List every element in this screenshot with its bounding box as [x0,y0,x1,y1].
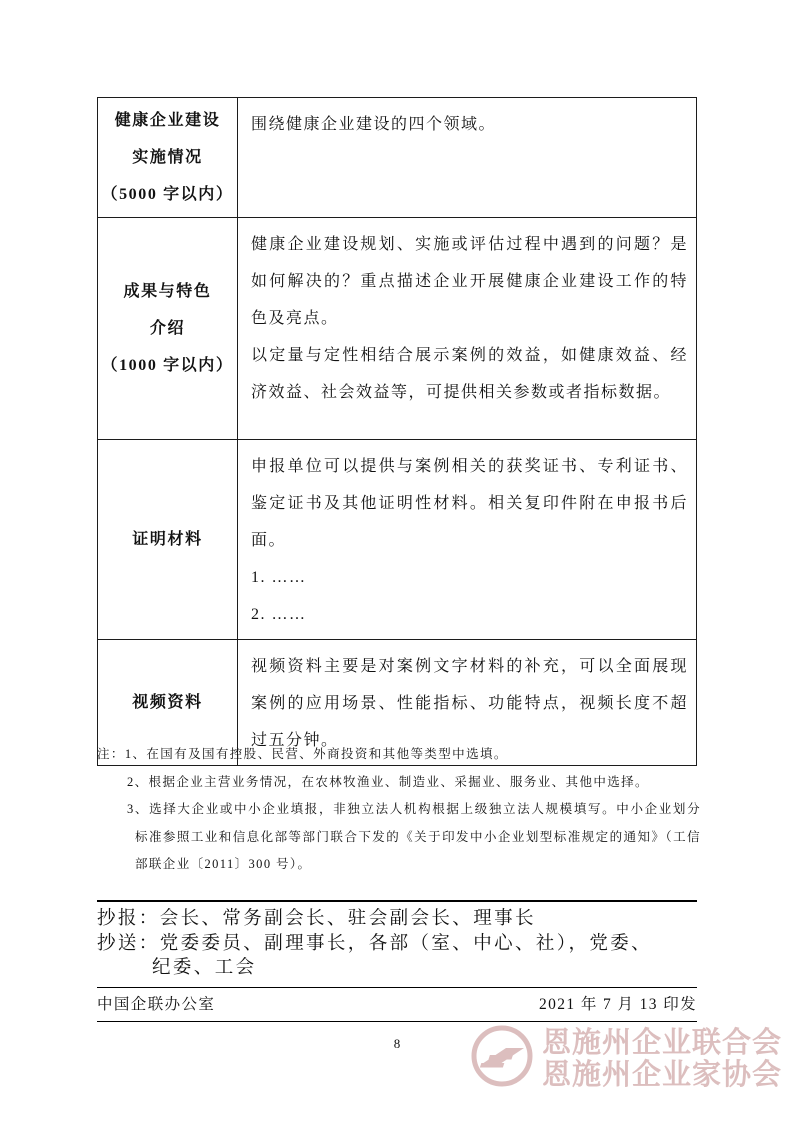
row-content-certificates: 申报单位可以提供与案例相关的获奖证书、专利证书、鉴定证书及其他证明性材料。相关复… [238,440,697,640]
note-prefix: 注： [97,741,125,769]
content-list-item: 1. …… [251,559,688,596]
note-item-3: 3、选择大企业或中小企业填报，非独立法人机构根据上级独立法人规模填写。中小企业划… [127,796,701,879]
row-content-achievements: 健康企业建设规划、实施或评估过程中遇到的问题？是如何解决的？重点描述企业开展健康… [238,218,697,440]
label-line: 成果与特色 [100,273,235,310]
row-label-implementation: 健康企业建设 实施情况 （5000 字以内） [98,98,238,218]
row-label-certificates: 证明材料 [98,440,238,640]
footer-bar: 中国企联办公室 2021 年 7 月 13 印发 [97,984,697,1022]
notes-section: 注： 1、在国有及国有控股、民营、外商投资和其他等类型中选填。 2、根据企业主营… [97,741,701,879]
copy-send-continuation: 纪委、工会 [152,956,697,981]
label-line: 健康企业建设 [100,102,235,139]
label-line: （1000 字以内） [100,347,235,384]
label-line: 介绍 [100,310,235,347]
watermark: 恩施州企业联合会 恩施州企业家协会 [470,1024,782,1093]
content-paragraph: 健康企业建设规划、实施或评估过程中遇到的问题？是如何解决的？重点描述企业开展健康… [251,226,688,337]
page-number: 8 [0,1036,794,1052]
note-item-1: 注： 1、在国有及国有控股、民营、外商投资和其他等类型中选填。 [97,741,701,769]
print-date: 2021 年 7 月 13 印发 [539,992,697,1014]
copy-report-line: 抄报：会长、常务副会长、驻会副会长、理事长 [97,907,697,932]
distribution-block: 抄报：会长、常务副会长、驻会副会长、理事长 抄送：党委委员、副理事长，各部（室、… [97,900,697,988]
label-line: （5000 字以内） [100,176,235,213]
table-row-achievements: 成果与特色 介绍 （1000 字以内） 健康企业建设规划、实施或评估过程中遇到的… [98,218,697,440]
content-paragraph: 围绕健康企业建设的四个领域。 [251,106,688,143]
content-list-item: 2. …… [251,596,688,633]
row-content-implementation: 围绕健康企业建设的四个领域。 [238,98,697,218]
content-paragraph: 以定量与定性相结合展示案例的效益，如健康效益、经济效益、社会效益等，可提供相关参… [251,337,688,411]
issuing-office: 中国企联办公室 [97,992,215,1014]
table-row-certificates: 证明材料 申报单位可以提供与案例相关的获奖证书、专利证书、鉴定证书及其他证明性材… [98,440,697,640]
watermark-line-2: 恩施州企业家协会 [542,1059,782,1091]
document-page: 健康企业建设 实施情况 （5000 字以内） 围绕健康企业建设的四个领域。 成果… [0,0,794,1123]
label-line: 实施情况 [100,139,235,176]
content-paragraph: 申报单位可以提供与案例相关的获奖证书、专利证书、鉴定证书及其他证明性材料。相关复… [251,448,688,559]
association-logo-icon [470,1024,534,1093]
label-line: 视频资料 [100,684,235,721]
note-item-2: 2、根据企业主营业务情况，在农林牧渔业、制造业、采掘业、服务业、其他中选择。 [127,769,701,797]
copy-send-line: 抄送：党委委员、副理事长，各部（室、中心、社），党委、 [97,932,697,957]
application-form-table: 健康企业建设 实施情况 （5000 字以内） 围绕健康企业建设的四个领域。 成果… [97,97,697,766]
label-line: 证明材料 [100,521,235,558]
table-row-implementation: 健康企业建设 实施情况 （5000 字以内） 围绕健康企业建设的四个领域。 [98,98,697,218]
note-text: 1、在国有及国有控股、民营、外商投资和其他等类型中选填。 [125,741,508,769]
row-label-achievements: 成果与特色 介绍 （1000 字以内） [98,218,238,440]
